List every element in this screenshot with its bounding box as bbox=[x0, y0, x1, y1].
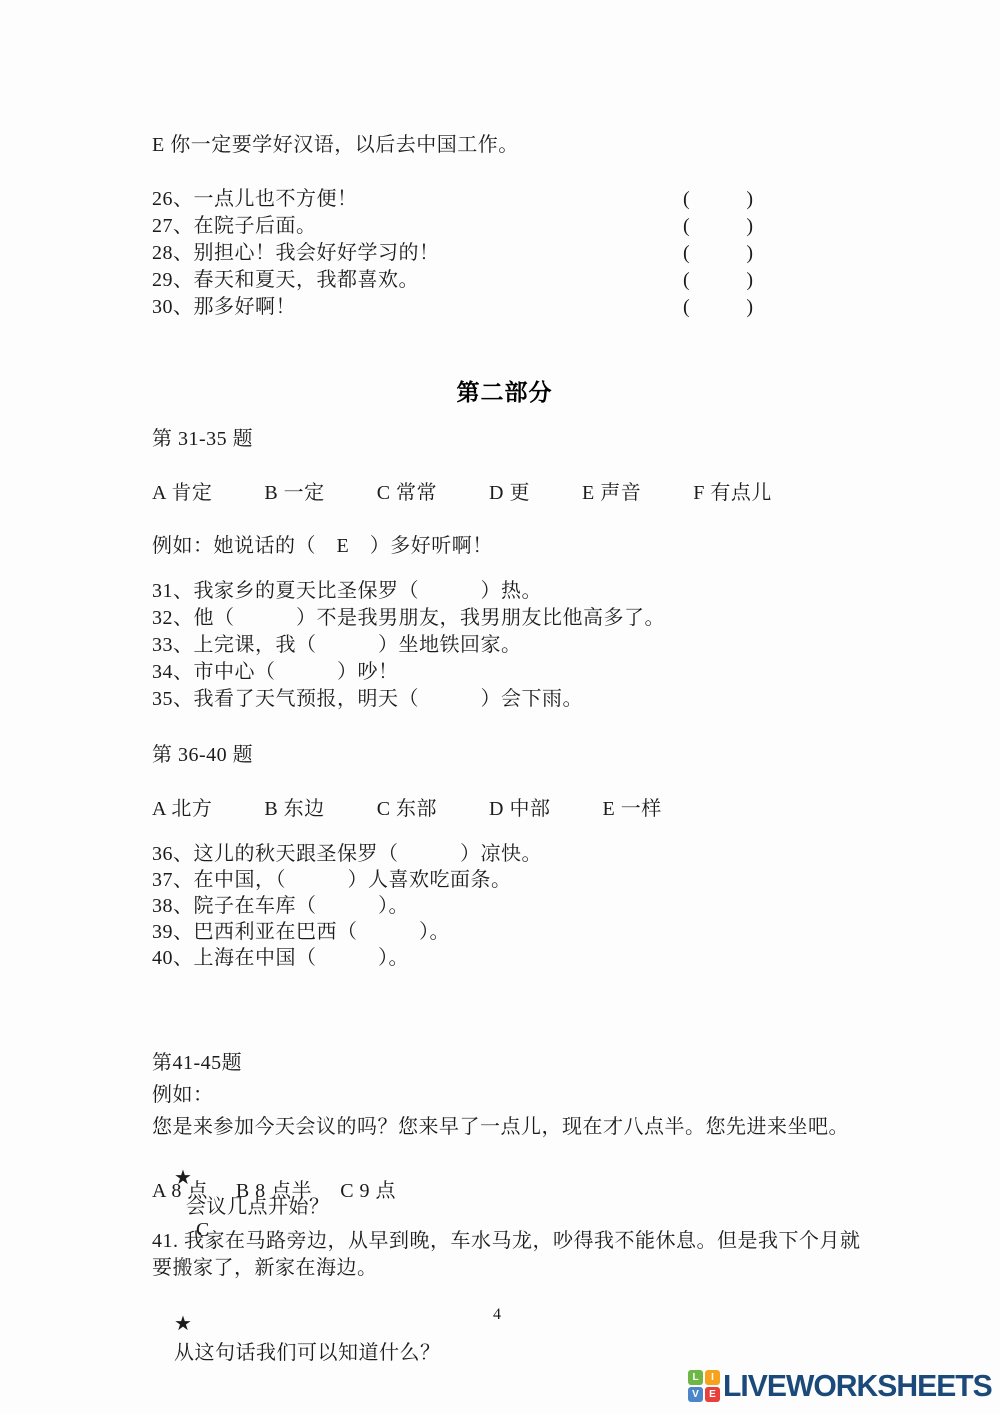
answer-slot-27[interactable]: ( ) bbox=[683, 213, 753, 240]
part1-question-list: 26、一点儿也不方便！ ( ) 27、在院子后面。 ( ) 28、别担心！我会好… bbox=[152, 186, 812, 321]
liveworksheets-logo-icon: L I V E bbox=[688, 1370, 720, 1402]
set1-options: A 肯定 B 一定 C 常常 D 更 E 声音 F 有点儿 bbox=[152, 476, 772, 505]
question-41-text: 41. 我家在马路旁边，从早到晚，车水马龙，吵得我不能休息。但是我下个月就要搬家… bbox=[152, 1228, 864, 1282]
option-e: E 一样 bbox=[602, 792, 661, 821]
option-f: F 有点儿 bbox=[693, 476, 772, 505]
paren-close: ) bbox=[746, 240, 753, 267]
question-33: 33、上完课，我（ ）坐地铁回家。 bbox=[152, 632, 665, 659]
paren-open: ( bbox=[683, 186, 690, 213]
question-row-26: 26、一点儿也不方便！ ( ) bbox=[152, 186, 812, 213]
set1-title: 第 31-35 题 bbox=[152, 422, 253, 451]
set2-question-list: 36、这儿的秋天跟圣保罗（ ）凉快。 37、在中国，（ ）人喜欢吃面条。 38、… bbox=[152, 841, 542, 971]
liveworksheets-logo-text: LIVEWORKSHEETS bbox=[723, 1368, 992, 1404]
question-39: 39、巴西利亚在巴西（ ）。 bbox=[152, 919, 542, 945]
answer-slot-29[interactable]: ( ) bbox=[683, 267, 753, 294]
option-b: B 8 点半 bbox=[236, 1174, 312, 1203]
question-32: 32、他（ ）不是我男朋友，我男朋友比他高多了。 bbox=[152, 605, 665, 632]
set2-options: A 北方 B 东边 C 东部 D 中部 E 一样 bbox=[152, 792, 662, 821]
question-28-text: 28、别担心！我会好好学习的！ bbox=[152, 242, 440, 264]
set2-title: 第 36-40 题 bbox=[152, 738, 253, 767]
question-37: 37、在中国，（ ）人喜欢吃面条。 bbox=[152, 867, 542, 893]
page-number: 4 bbox=[0, 1306, 997, 1324]
paren-close: ) bbox=[746, 267, 753, 294]
option-e: E 声音 bbox=[582, 476, 641, 505]
option-a: A 8 点 bbox=[152, 1174, 208, 1203]
option-c: C 9 点 bbox=[340, 1174, 396, 1203]
option-c: C 常常 bbox=[377, 476, 437, 505]
option-b: B 东边 bbox=[264, 792, 324, 821]
question-41-prompt-line: ★ 从这句话我们可以知道什么？ bbox=[152, 1288, 441, 1388]
set1-question-list: 31、我家乡的夏天比圣保罗（ ）热。 32、他（ ）不是我男朋友，我男朋友比他高… bbox=[152, 578, 665, 713]
answer-slot-28[interactable]: ( ) bbox=[683, 240, 753, 267]
question-row-29: 29、春天和夏天，我都喜欢。 ( ) bbox=[152, 267, 812, 294]
logo-tile-v: V bbox=[688, 1387, 703, 1402]
option-c: C 东部 bbox=[377, 792, 437, 821]
question-row-30: 30、那多好啊！ ( ) bbox=[152, 294, 812, 321]
question-34: 34、市中心（ ）吵！ bbox=[152, 659, 665, 686]
part1-option-e-line: E 你一定要学好汉语，以后去中国工作。 bbox=[152, 128, 519, 157]
option-d: D 中部 bbox=[489, 792, 550, 821]
question-29-text: 29、春天和夏天，我都喜欢。 bbox=[152, 269, 419, 291]
option-a: A 肯定 bbox=[152, 476, 212, 505]
logo-tile-e: E bbox=[705, 1387, 720, 1402]
question-row-28: 28、别担心！我会好好学习的！ ( ) bbox=[152, 240, 812, 267]
logo-tile-l: L bbox=[688, 1370, 703, 1385]
set3-example-text: 您是来参加今天会议的吗？您来早了一点儿，现在才八点半。您先进来坐吧。 bbox=[152, 1110, 849, 1139]
paren-open: ( bbox=[683, 294, 690, 321]
question-41-prompt: 从这句话我们可以知道什么？ bbox=[174, 1342, 441, 1364]
part2-heading: 第二部分 bbox=[152, 374, 857, 407]
answer-slot-26[interactable]: ( ) bbox=[683, 186, 753, 213]
question-30-text: 30、那多好啊！ bbox=[152, 296, 296, 318]
set3-title: 第41-45题 bbox=[152, 1046, 242, 1075]
paren-open: ( bbox=[683, 213, 690, 240]
answer-slot-30[interactable]: ( ) bbox=[683, 294, 753, 321]
question-38: 38、院子在车库（ ）。 bbox=[152, 893, 542, 919]
option-b: B 一定 bbox=[264, 476, 324, 505]
question-row-27: 27、在院子后面。 ( ) bbox=[152, 213, 812, 240]
liveworksheets-logo[interactable]: L I V E LIVEWORKSHEETS bbox=[688, 1368, 1000, 1404]
paren-open: ( bbox=[683, 267, 690, 294]
set1-example: 例如：她说话的（ E ）多好听啊！ bbox=[152, 529, 493, 558]
option-d: D 更 bbox=[489, 476, 530, 505]
question-31: 31、我家乡的夏天比圣保罗（ ）热。 bbox=[152, 578, 665, 605]
option-a: A 北方 bbox=[152, 792, 212, 821]
logo-tile-i: I bbox=[705, 1370, 720, 1385]
question-35: 35、我看了天气预报，明天（ ）会下雨。 bbox=[152, 686, 665, 713]
question-40: 40、上海在中国（ ）。 bbox=[152, 945, 542, 971]
question-26-text: 26、一点儿也不方便！ bbox=[152, 188, 358, 210]
paren-close: ) bbox=[746, 294, 753, 321]
set3-example-label: 例如： bbox=[152, 1078, 214, 1107]
paren-open: ( bbox=[683, 240, 690, 267]
paren-close: ) bbox=[746, 186, 753, 213]
worksheet-page: E 你一定要学好汉语，以后去中国工作。 26、一点儿也不方便！ ( ) 27、在… bbox=[0, 0, 1000, 1414]
set3-example-options: A 8 点 B 8 点半 C 9 点 bbox=[152, 1174, 396, 1203]
question-36: 36、这儿的秋天跟圣保罗（ ）凉快。 bbox=[152, 841, 542, 867]
paren-close: ) bbox=[746, 213, 753, 240]
question-27-text: 27、在院子后面。 bbox=[152, 215, 317, 237]
